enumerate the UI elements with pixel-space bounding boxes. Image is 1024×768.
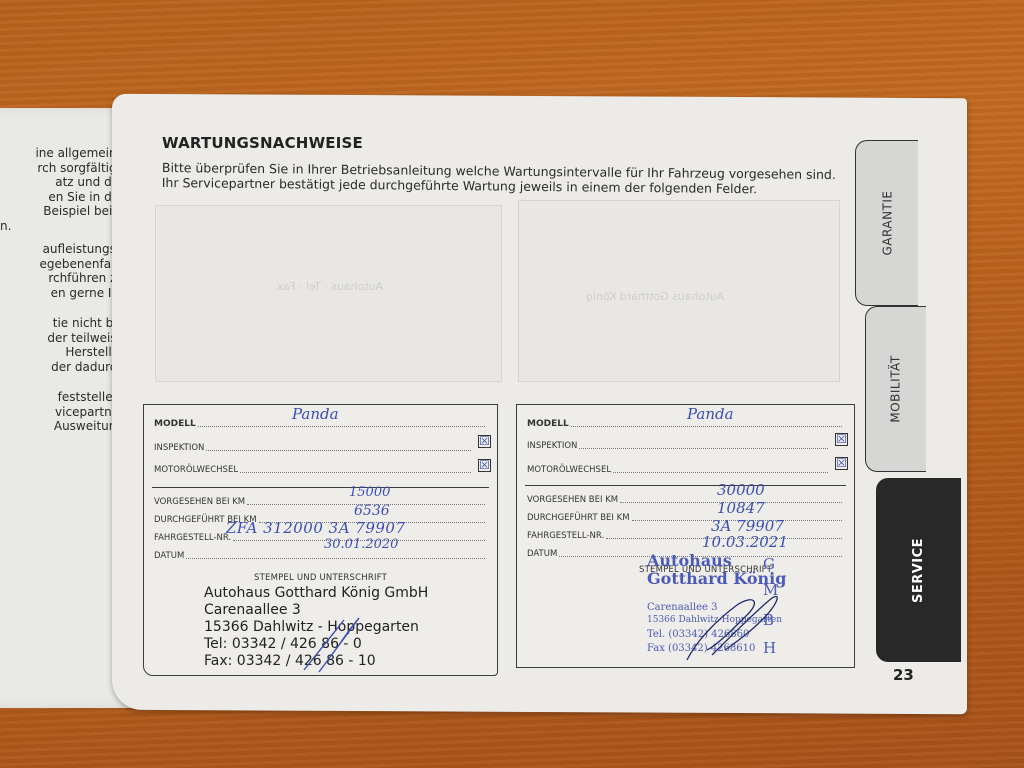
maintenance-entry-1: MODELL Panda INSPEKTION ☒ MOTORÖLWECHSEL… <box>143 404 498 676</box>
vin-value[interactable]: ZFA 312000 3A 79907 <box>226 519 406 537</box>
model-value[interactable]: Panda <box>687 405 734 423</box>
date-row: DATUM <box>154 547 487 561</box>
oil-change-checkbox[interactable]: ☒ <box>835 457 848 470</box>
inspection-row: INSPEKTION <box>154 439 473 453</box>
left-paragraph-2: aufleistungs-, egebenenfalls rchführen z… <box>0 242 124 300</box>
show-through-text-left: Autohaus · Tel · Fax <box>190 280 470 293</box>
model-row: MODELL <box>527 415 844 429</box>
stamp-label: STEMPEL UND UNTERSCHRIFT <box>144 573 497 583</box>
planned-km-row: VORGESEHEN BEI KM <box>154 493 487 507</box>
tab-mobilitaet[interactable]: MOBILITÄT <box>865 306 926 472</box>
inspection-row: INSPEKTION <box>527 437 830 451</box>
left-paragraph-4: feststellen, vicepartner Ausweitung <box>0 390 124 434</box>
show-through-box-left <box>155 205 502 382</box>
model-value[interactable]: Panda <box>292 405 339 423</box>
oil-change-row: MOTORÖLWECHSEL <box>154 461 473 475</box>
inspection-checkbox[interactable]: ☒ <box>835 433 848 446</box>
done-km-value[interactable]: 10847 <box>717 499 765 517</box>
page-number: 23 <box>893 666 914 684</box>
left-paragraph-3: tie nicht bei der teilweise Hersteller d… <box>0 316 124 374</box>
maintenance-entry-2: MODELL Panda INSPEKTION ☒ MOTORÖLWECHSEL… <box>516 404 855 668</box>
left-paragraph-1: ine allgemeine rch sorgfältige atz und d… <box>0 146 124 233</box>
inspection-checkbox[interactable]: ☒ <box>478 435 491 448</box>
tab-service[interactable]: SERVICE <box>876 478 961 662</box>
page-title: WARTUNGSNACHWEISE <box>162 134 363 152</box>
date-value[interactable]: 30.01.2020 <box>324 537 398 552</box>
planned-km-row: VORGESEHEN BEI KM <box>527 491 844 505</box>
tab-garantie[interactable]: GARANTIE <box>855 140 918 306</box>
show-through-text-right: Autohaus Gotthard König <box>580 290 730 303</box>
oil-change-checkbox[interactable]: ☒ <box>478 459 491 472</box>
done-km-row: DURCHGEFÜHRT BEI KM <box>527 509 844 523</box>
form-divider <box>525 485 846 486</box>
oil-change-row: MOTORÖLWECHSEL <box>527 461 830 475</box>
left-page-text: ine allgemeine rch sorgfältige atz und d… <box>0 146 124 443</box>
date-value[interactable]: 10.03.2021 <box>702 533 788 551</box>
planned-km-value[interactable]: 15000 <box>349 485 390 500</box>
form-divider <box>152 487 489 488</box>
planned-km-value[interactable]: 30000 <box>717 481 765 499</box>
dealer-stamp: Autohaus Gotthard König GmbH Carenaallee… <box>204 585 428 670</box>
vin-row: FAHRGESTELL-NR. <box>527 527 844 541</box>
done-km-value[interactable]: 6536 <box>354 503 390 519</box>
